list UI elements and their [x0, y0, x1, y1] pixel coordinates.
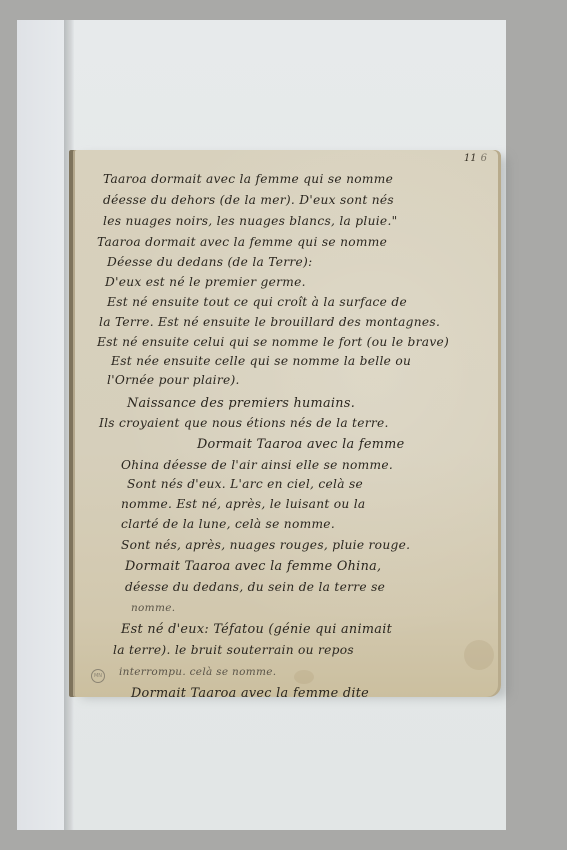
text-line: clarté de la lune, celà se nomme.: [121, 517, 335, 531]
page-number-pencil: 6: [481, 153, 487, 164]
text-line: D'eux est né le premier germe.: [105, 275, 306, 289]
text-line: interrompu. celà se nomme.: [119, 666, 276, 678]
text-line: Taaroa dormait avec la femme qui se nomm…: [97, 235, 387, 249]
text-line: Sont nés d'eux. L'arc en ciel, celà se: [127, 477, 363, 491]
text-line: Est née ensuite celle qui se nomme la be…: [111, 354, 411, 368]
page-number-ink: 11: [464, 153, 477, 164]
text-line: Est né ensuite celui qui se nomme le for…: [97, 335, 449, 349]
text-line: Dormait Taaroa avec la femme Ohina,: [125, 559, 381, 574]
text-line: nomme. Est né, après, le luisant ou la: [121, 497, 366, 511]
text-line: la Terre. Est né ensuite le brouillard d…: [99, 315, 440, 329]
text-line: Ils croyaient que nous étions nés de la …: [99, 416, 389, 430]
manuscript-page: 116 Taaroa dormait avec la femme qui se …: [69, 150, 501, 697]
text-line: la terre). le bruit souterrain ou repos: [113, 643, 354, 657]
text-line: Taaroa dormait avec la femme qui se nomm…: [103, 172, 393, 186]
text-line: Dormait Taaroa avec la femme: [197, 437, 404, 452]
collection-stamp: MN: [91, 669, 105, 683]
text-line: Est né d'eux: Téfatou (génie qui animait: [121, 622, 392, 637]
section-heading: Naissance des premiers humains.: [127, 396, 355, 411]
text-line: les nuages noirs, les nuages blancs, la …: [103, 214, 398, 228]
text-line: Sont nés, après, nuages rouges, pluie ro…: [121, 538, 410, 552]
text-line: Dormait Taaroa avec la femme dite: [131, 686, 369, 697]
text-line: déesse du dedans, du sein de la terre se: [125, 580, 385, 594]
page-number: 116: [464, 153, 487, 164]
text-line: Ohina déesse de l'air ainsi elle se nomm…: [121, 458, 393, 472]
text-line: nomme.: [131, 602, 175, 614]
text-line: l'Ornée pour plaire).: [107, 373, 240, 387]
text-line: déesse du dehors (de la mer). D'eux sont…: [103, 193, 394, 207]
text-line: Déesse du dedans (de la Terre):: [107, 255, 312, 269]
paper-stain: [464, 640, 494, 670]
paper-stain: [294, 670, 314, 684]
text-line: Est né ensuite tout ce qui croît à la su…: [107, 295, 407, 309]
